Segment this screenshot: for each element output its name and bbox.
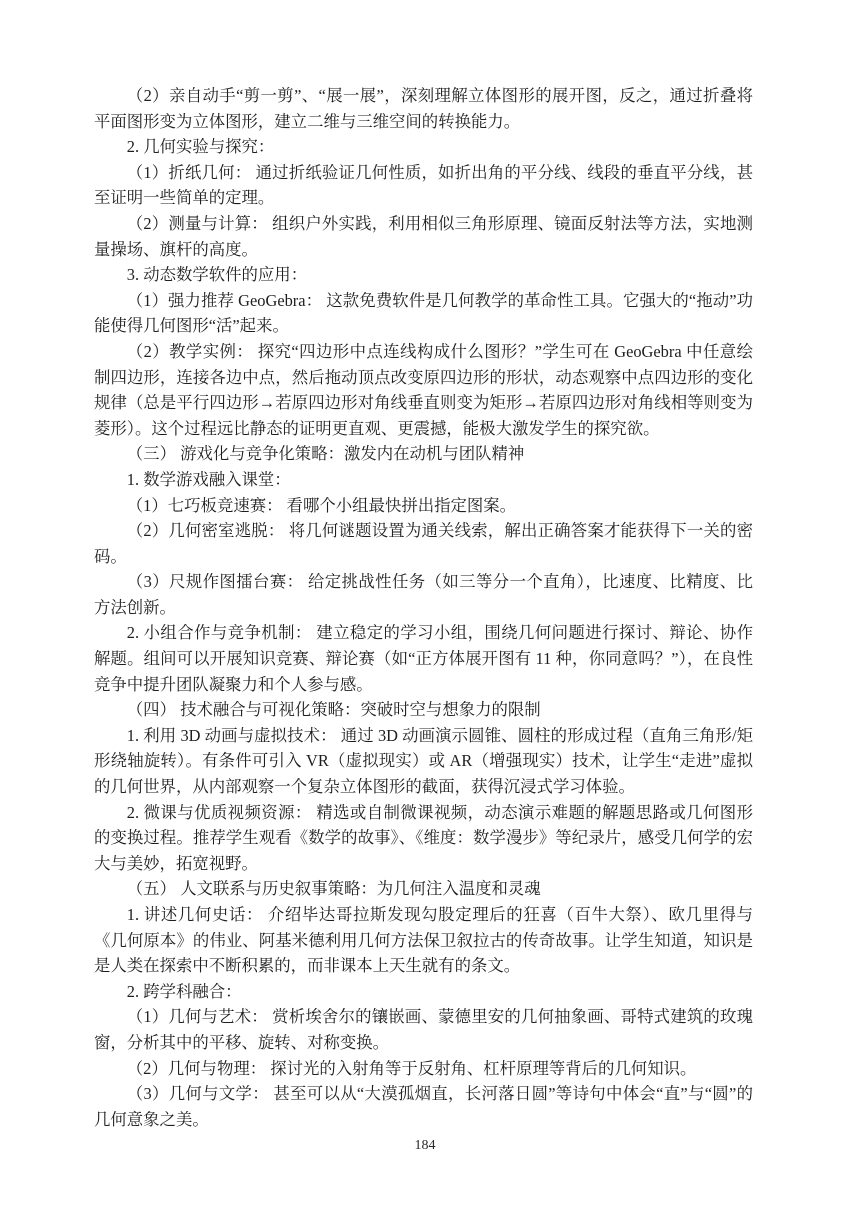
paragraph: 1. 利用 3D 动画与虚拟技术： 通过 3D 动画演示圆锥、圆柱的形成过程（直… — [94, 723, 753, 800]
paragraph: （2）教学实例： 探究“四边形中点连线构成什么图形？”学生可在 GeoGebra… — [94, 339, 753, 441]
document-page: （2）亲自动手“剪一剪”、“展一展”，深刻理解立体图形的展开图，反之，通过折叠将… — [0, 0, 850, 1205]
paragraph: 1. 讲述几何史话： 介绍毕达哥拉斯发现勾股定理后的狂喜（百牛大祭）、欧几里得与… — [94, 902, 753, 979]
paragraph: （五） 人文联系与历史叙事策略：为几何注入温度和灵魂 — [94, 876, 753, 902]
paragraph: 1. 数学游戏融入课堂： — [94, 467, 753, 493]
paragraph: （1）强力推荐 GeoGebra： 这款免费软件是几何教学的革命性工具。它强大的… — [94, 288, 753, 339]
page-number: 184 — [0, 1138, 850, 1154]
paragraph: 3. 动态数学软件的应用： — [94, 262, 753, 288]
paragraph: （四） 技术融合与可视化策略：突破时空与想象力的限制 — [94, 697, 753, 723]
paragraph: （3）尺规作图擂台赛： 给定挑战性任务（如三等分一个直角），比速度、比精度、比方… — [94, 569, 753, 620]
paragraph: （1）七巧板竞速赛： 看哪个小组最快拼出指定图案。 — [94, 493, 753, 519]
paragraph: （2）亲自动手“剪一剪”、“展一展”，深刻理解立体图形的展开图，反之，通过折叠将… — [94, 83, 753, 134]
paragraph: 2. 小组合作与竞争机制： 建立稳定的学习小组，围绕几何问题进行探讨、辩论、协作… — [94, 620, 753, 697]
paragraph: （1）几何与艺术： 赏析埃舍尔的镶嵌画、蒙德里安的几何抽象画、哥特式建筑的玫瑰窗… — [94, 1004, 753, 1055]
paragraph: （3）几何与文学： 甚至可以从“大漠孤烟直，长河落日圆”等诗句中体会“直”与“圆… — [94, 1081, 753, 1132]
paragraph: （2）测量与计算： 组织户外实践，利用相似三角形原理、镜面反射法等方法，实地测量… — [94, 211, 753, 262]
paragraph: 2. 微课与优质视频资源： 精选或自制微课视频，动态演示难题的解题思路或几何图形… — [94, 800, 753, 877]
paragraph: （三） 游戏化与竞争化策略：激发内在动机与团队精神 — [94, 441, 753, 467]
paragraph: （2）几何密室逃脱： 将几何谜题设置为通关线索，解出正确答案才能获得下一关的密码… — [94, 518, 753, 569]
paragraph: 2. 跨学科融合： — [94, 979, 753, 1005]
document-body: （2）亲自动手“剪一剪”、“展一展”，深刻理解立体图形的展开图，反之，通过折叠将… — [94, 83, 753, 1132]
paragraph: （2）几何与物理： 探讨光的入射角等于反射角、杠杆原理等背后的几何知识。 — [94, 1056, 753, 1082]
paragraph: 2. 几何实验与探究： — [94, 134, 753, 160]
paragraph: （1）折纸几何： 通过折纸验证几何性质，如折出角的平分线、线段的垂直平分线，甚至… — [94, 160, 753, 211]
